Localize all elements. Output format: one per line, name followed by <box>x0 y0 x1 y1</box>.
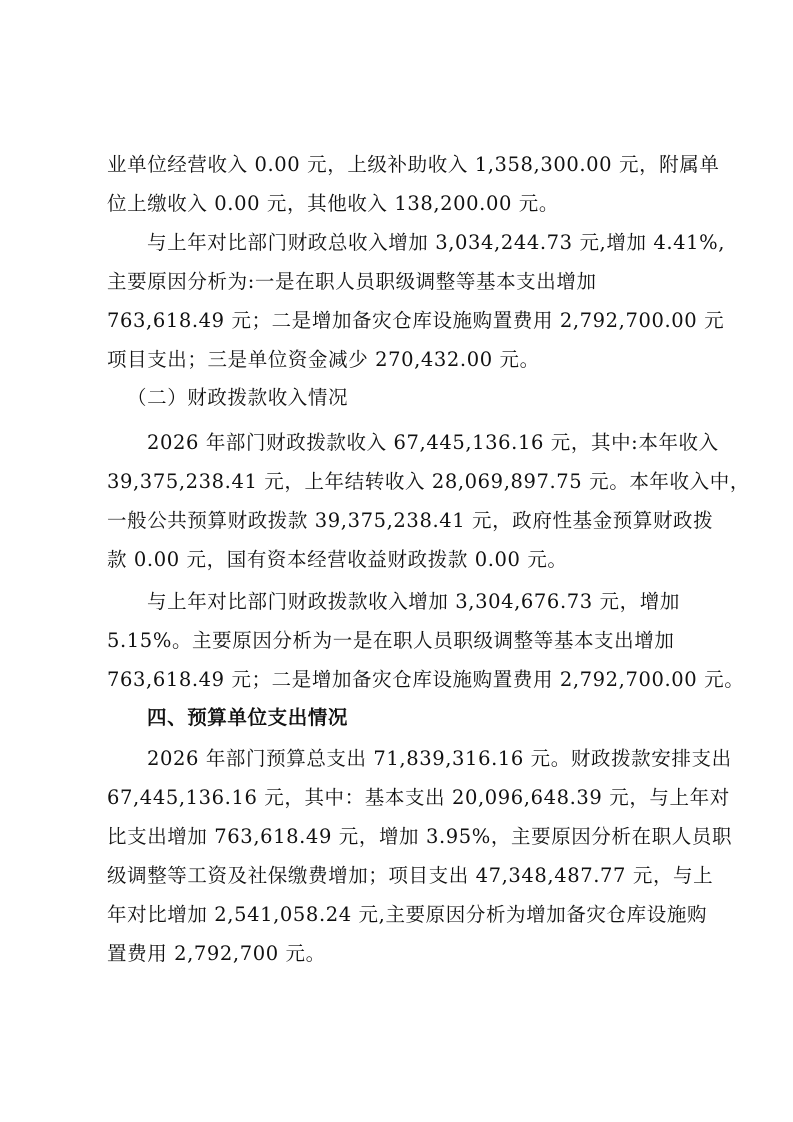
paragraph-line: 置费用 2,792,700 元。 <box>107 942 697 966</box>
section-heading: 四、预算单位支出情况 <box>147 706 737 730</box>
paragraph-line: 一般公共预算财政拨款 39,375,238.41 元，政府性基金预算财政拨 <box>107 509 697 533</box>
paragraph-line: 763,618.49 元；二是增加备灾仓库设施购置费用 2,792,700.00… <box>107 668 697 692</box>
document-page: 业单位经营收入 0.00 元，上级补助收入 1,358,300.00 元，附属单… <box>0 0 793 1122</box>
paragraph-line: 2026 年部门财政拨款收入 67,445,136.16 元，其中:本年收入 <box>147 431 737 455</box>
paragraph-line: 与上年对比部门财政拨款收入增加 3,304,676.73 元，增加 <box>147 590 737 614</box>
paragraph-line: 与上年对比部门财政总收入增加 3,034,244.73 元,增加 4.41%, <box>147 231 737 255</box>
paragraph-line: 比支出增加 763,618.49 元，增加 3.95%，主要原因分析在职人员职 <box>107 825 697 849</box>
paragraph-line: 位上缴收入 0.00 元，其他收入 138,200.00 元。 <box>107 192 697 216</box>
paragraph-line: 项目支出；三是单位资金减少 270,432.00 元。 <box>107 348 697 372</box>
paragraph-line: 主要原因分析为:一是在职人员职级调整等基本支出增加 <box>107 270 697 294</box>
paragraph-line: 2026 年部门预算总支出 71,839,316.16 元。财政拨款安排支出 <box>147 747 737 771</box>
paragraph-line: 39,375,238.41 元，上年结转收入 28,069,897.75 元。本… <box>107 470 697 494</box>
paragraph-line: 款 0.00 元，国有资本经营收益财政拨款 0.00 元。 <box>107 548 697 572</box>
subsection-heading: （二）财政拨款收入情况 <box>127 386 717 410</box>
paragraph-line: 级调整等工资及社保缴费增加；项目支出 47,348,487.77 元，与上 <box>107 864 697 888</box>
paragraph-line: 763,618.49 元；二是增加备灾仓库设施购置费用 2,792,700.00… <box>107 309 697 333</box>
paragraph-line: 5.15%。主要原因分析为一是在职人员职级调整等基本支出增加 <box>107 629 697 653</box>
paragraph-line: 年对比增加 2,541,058.24 元,主要原因分析为增加备灾仓库设施购 <box>107 903 697 927</box>
paragraph-line: 67,445,136.16 元，其中：基本支出 20,096,648.39 元，… <box>107 786 697 810</box>
paragraph-line: 业单位经营收入 0.00 元，上级补助收入 1,358,300.00 元，附属单 <box>107 153 697 177</box>
